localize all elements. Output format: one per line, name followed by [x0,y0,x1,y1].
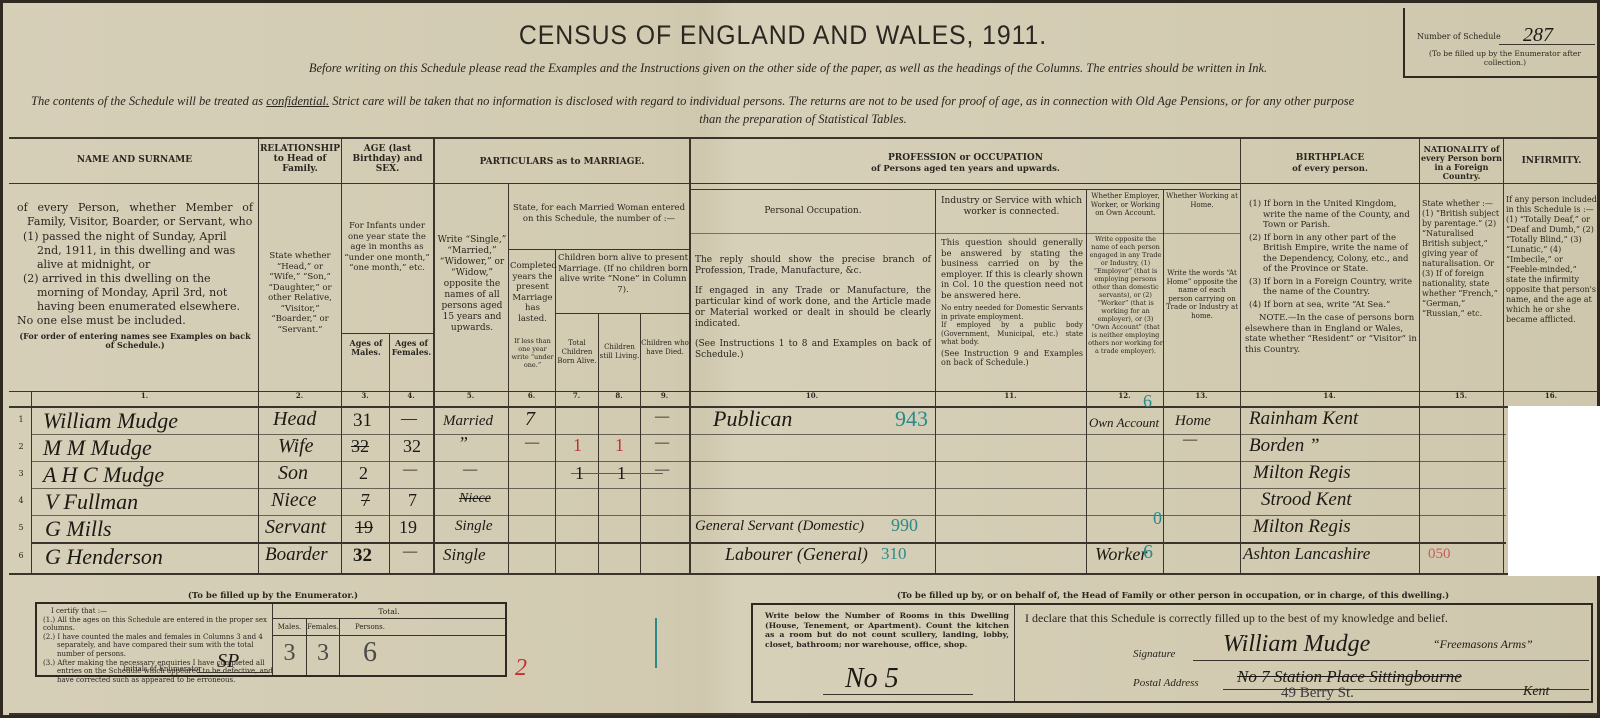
schedule-label: Number of Schedule [1417,32,1501,41]
enumerator-box: I certify that :— (1.) All the ages on t… [35,602,507,677]
cell-employment-code: 0 [1153,508,1162,529]
declaration: I declare that this Schedule is correctl… [1025,611,1448,626]
cell-children-living[interactable]: 1 [615,435,624,456]
confidential-notice: The contents of the Schedule will be tre… [31,94,1591,109]
col-marriage-state: State, for each Married Woman entered on… [510,203,688,224]
col-industry: Industry or Service with which worker is… [937,196,1086,218]
cell-age-female[interactable]: — [401,408,417,429]
col-personal-occupation-instructions: The reply should show the precise branch… [695,255,931,361]
cell-occupation[interactable]: Labourer (General) [725,544,868,565]
cell-condition[interactable]: Single [443,545,486,565]
col-employer: Whether Employer, Worker, or Working on … [1088,192,1163,218]
cell-birthplace[interactable]: Strood Kent [1261,489,1352,511]
cell-relationship[interactable]: Boarder [265,544,328,566]
enumerator-heading: (To be filled up by the Enumerator.) [23,591,523,601]
cell-age-male[interactable]: 31 [353,410,372,432]
col-marriage-condition-instructions: Write “Single,” “Married,” “Widower,” or… [437,235,507,334]
redacted-block [1508,406,1600,576]
col-age-males: Ages of Males. [343,339,389,357]
cell-age-male[interactable]: 7 [361,490,370,511]
cell-children-died[interactable]: — [655,434,669,452]
rooms-instruction: Write below the Number of Rooms in this … [765,611,1009,649]
col-children-died: Children who have Died. [641,339,689,357]
cell-years-married[interactable]: — [525,434,539,452]
cell-age-female[interactable]: — [403,543,417,561]
cell-employment[interactable]: Own Account [1089,415,1159,431]
col-birthplace-title: BIRTHPLACE [1241,153,1419,163]
cell-relationship[interactable]: Servant [265,516,326,539]
col-children-living: Children still Living. [599,343,640,361]
col-age-title: AGE (last Birthday) and SEX. [342,144,433,174]
schedule-number[interactable]: 287 [1523,24,1553,47]
cell-condition[interactable]: — [463,461,477,479]
cell-nationality-code: 050 [1428,546,1451,563]
signature-note: “Freemasons Arms” [1433,637,1533,652]
postal-address[interactable]: No 7 Station Place Sittingbourne [1237,667,1462,687]
rooms-section: Write below the Number of Rooms in this … [753,605,1015,701]
cell-at-home[interactable]: Home [1175,413,1211,430]
col-marriage-title: PARTICULARS as to MARRIAGE. [435,157,689,167]
signature[interactable]: William Mudge [1223,631,1370,658]
cell-name[interactable]: A H C Mudge [43,462,164,488]
cell-birthplace[interactable]: Rainham Kent [1249,408,1358,430]
postal-address-county: Kent [1523,684,1549,700]
cell-relationship[interactable]: Head [273,408,316,431]
cell-occupation[interactable]: General Servant (Domestic) [695,518,864,535]
cell-name[interactable]: V Fullman [45,489,138,515]
cell-at-home[interactable]: — [1183,431,1197,449]
census-schedule: CENSUS OF ENGLAND AND WALES, 1911. Befor… [0,0,1600,718]
instruction-line: Before writing on this Schedule please r… [123,61,1453,76]
cell-age-female[interactable]: 32 [403,436,421,457]
col-home-instructions: Write the words “At Home” opposite the n… [1166,269,1238,320]
cell-condition[interactable]: Single [455,518,493,535]
cell-children-died[interactable]: — [655,408,669,426]
col-nationality-title: NATIONALITY of every Person born in a Fo… [1420,145,1503,181]
confidential-notice-line2: than the preparation of Statistical Tabl… [3,112,1600,127]
cell-name[interactable]: G Mills [45,516,112,542]
cell-age-male[interactable]: 2 [359,463,368,484]
col-children-total: Total Children Born Alive. [556,339,598,366]
col-birthplace-subtitle: of every person. [1241,164,1419,174]
col-employer-instructions: Write opposite the name of each person e… [1088,235,1163,355]
red-mark: 2 [515,655,527,682]
cell-children-total[interactable]: 1 [575,463,584,484]
cell-employment-code: 6 [1143,391,1152,412]
cell-employment[interactable]: Worker [1095,544,1147,565]
col-marriage-years: Completed years the present Marriage has… [510,261,555,324]
cell-relationship[interactable]: Niece [271,489,317,512]
cell-years-married[interactable]: 7 [525,408,535,431]
col-marriage-years-note: If less than one year write “under one.” [510,337,555,369]
col-relationship-title: RELATIONSHIP to Head of Family. [259,144,341,174]
cell-birthplace[interactable]: Milton Regis [1253,462,1351,484]
cell-occupation-code: 943 [895,406,928,432]
col-nationality-instructions: State whether :— (1) “British subject by… [1422,199,1502,319]
cell-occupation[interactable]: Publican [713,406,792,432]
cell-name[interactable]: G Henderson [45,544,163,570]
schedule-number-box: Number of Schedule 287 (To be filled up … [1403,8,1600,78]
cell-children-total[interactable]: 1 [573,435,582,456]
total-persons[interactable]: 6 [340,637,400,669]
number-of-rooms[interactable]: No 5 [845,663,899,695]
col-age-females: Ages of Females. [390,339,433,357]
cell-employment-code: 6 [1143,541,1153,564]
postal-address-alt[interactable]: 49 Berry St. [1281,685,1354,702]
col-relationship-instructions: State whether “Head,” or “Wife,” “Son,” … [261,251,339,335]
schedule-note: (To be filled up by the Enumerator after… [1411,49,1599,67]
col-age-instructions: For Infants under one year state the age… [343,221,431,274]
cell-birthplace[interactable]: Borden ” [1249,435,1320,457]
cell-age-male[interactable]: 32 [351,436,369,457]
total-males[interactable]: 3 [273,640,306,667]
col-birthplace-instructions: (1) If born in the United Kingdom, write… [1245,199,1417,355]
postal-address-label: Postal Address [1133,677,1199,689]
cell-age-female[interactable]: — [403,461,417,479]
cell-birthplace[interactable]: Milton Regis [1253,516,1351,538]
cell-occupation-code: 990 [891,515,918,536]
cell-condition[interactable]: Married [443,413,493,430]
col-occupation-title: PROFESSION or OCCUPATION [691,153,1240,163]
cell-occupation-code: 310 [881,544,907,564]
col-occupation-subtitle: of Persons aged ten years and upwards. [691,164,1240,174]
head-heading: (To be filled up by, or on behalf of, th… [743,591,1600,601]
cell-age-male[interactable]: 32 [353,545,372,567]
col-marriage-children: Children born alive to present Marriage.… [557,253,689,295]
cell-name[interactable]: M M Mudge [43,435,152,461]
cell-age-female[interactable]: 7 [408,490,417,511]
col-name-instructions: of every Person, whether Member of Famil… [17,201,253,350]
page-title: CENSUS OF ENGLAND AND WALES, 1911. [65,20,1500,51]
col-personal-occupation: Personal Occupation. [691,206,935,216]
cell-condition[interactable]: Niece [459,491,491,507]
blue-tick [655,618,657,668]
cell-children-living[interactable]: 1 [617,463,626,484]
col-home: Whether Working at Home. [1164,192,1240,209]
col-infirmity-instructions: If any person included in this Schedule … [1506,195,1598,325]
cell-age-female[interactable]: 19 [399,517,417,538]
cell-relationship[interactable]: Son [278,462,308,485]
cell-children-died[interactable]: — [655,461,669,479]
enumerator-initials[interactable]: SP [217,650,239,673]
cell-name[interactable]: William Mudge [43,408,178,434]
cell-condition[interactable]: ” [458,433,468,454]
signature-label: Signature [1133,648,1175,660]
cell-age-male[interactable]: 19 [355,517,373,538]
col-infirmity-title: INFIRMITY. [1504,156,1599,166]
col-name-title: NAME AND SURNAME [11,155,258,165]
col-industry-instructions: This question should generally be answer… [941,238,1083,368]
initials-label: Initials of Enumerator [123,665,202,673]
total-females[interactable]: 3 [307,640,339,667]
head-box: Write below the Number of Rooms in this … [751,603,1593,703]
cell-birthplace[interactable]: Ashton Lancashire [1243,544,1370,564]
cell-relationship[interactable]: Wife [278,435,314,458]
